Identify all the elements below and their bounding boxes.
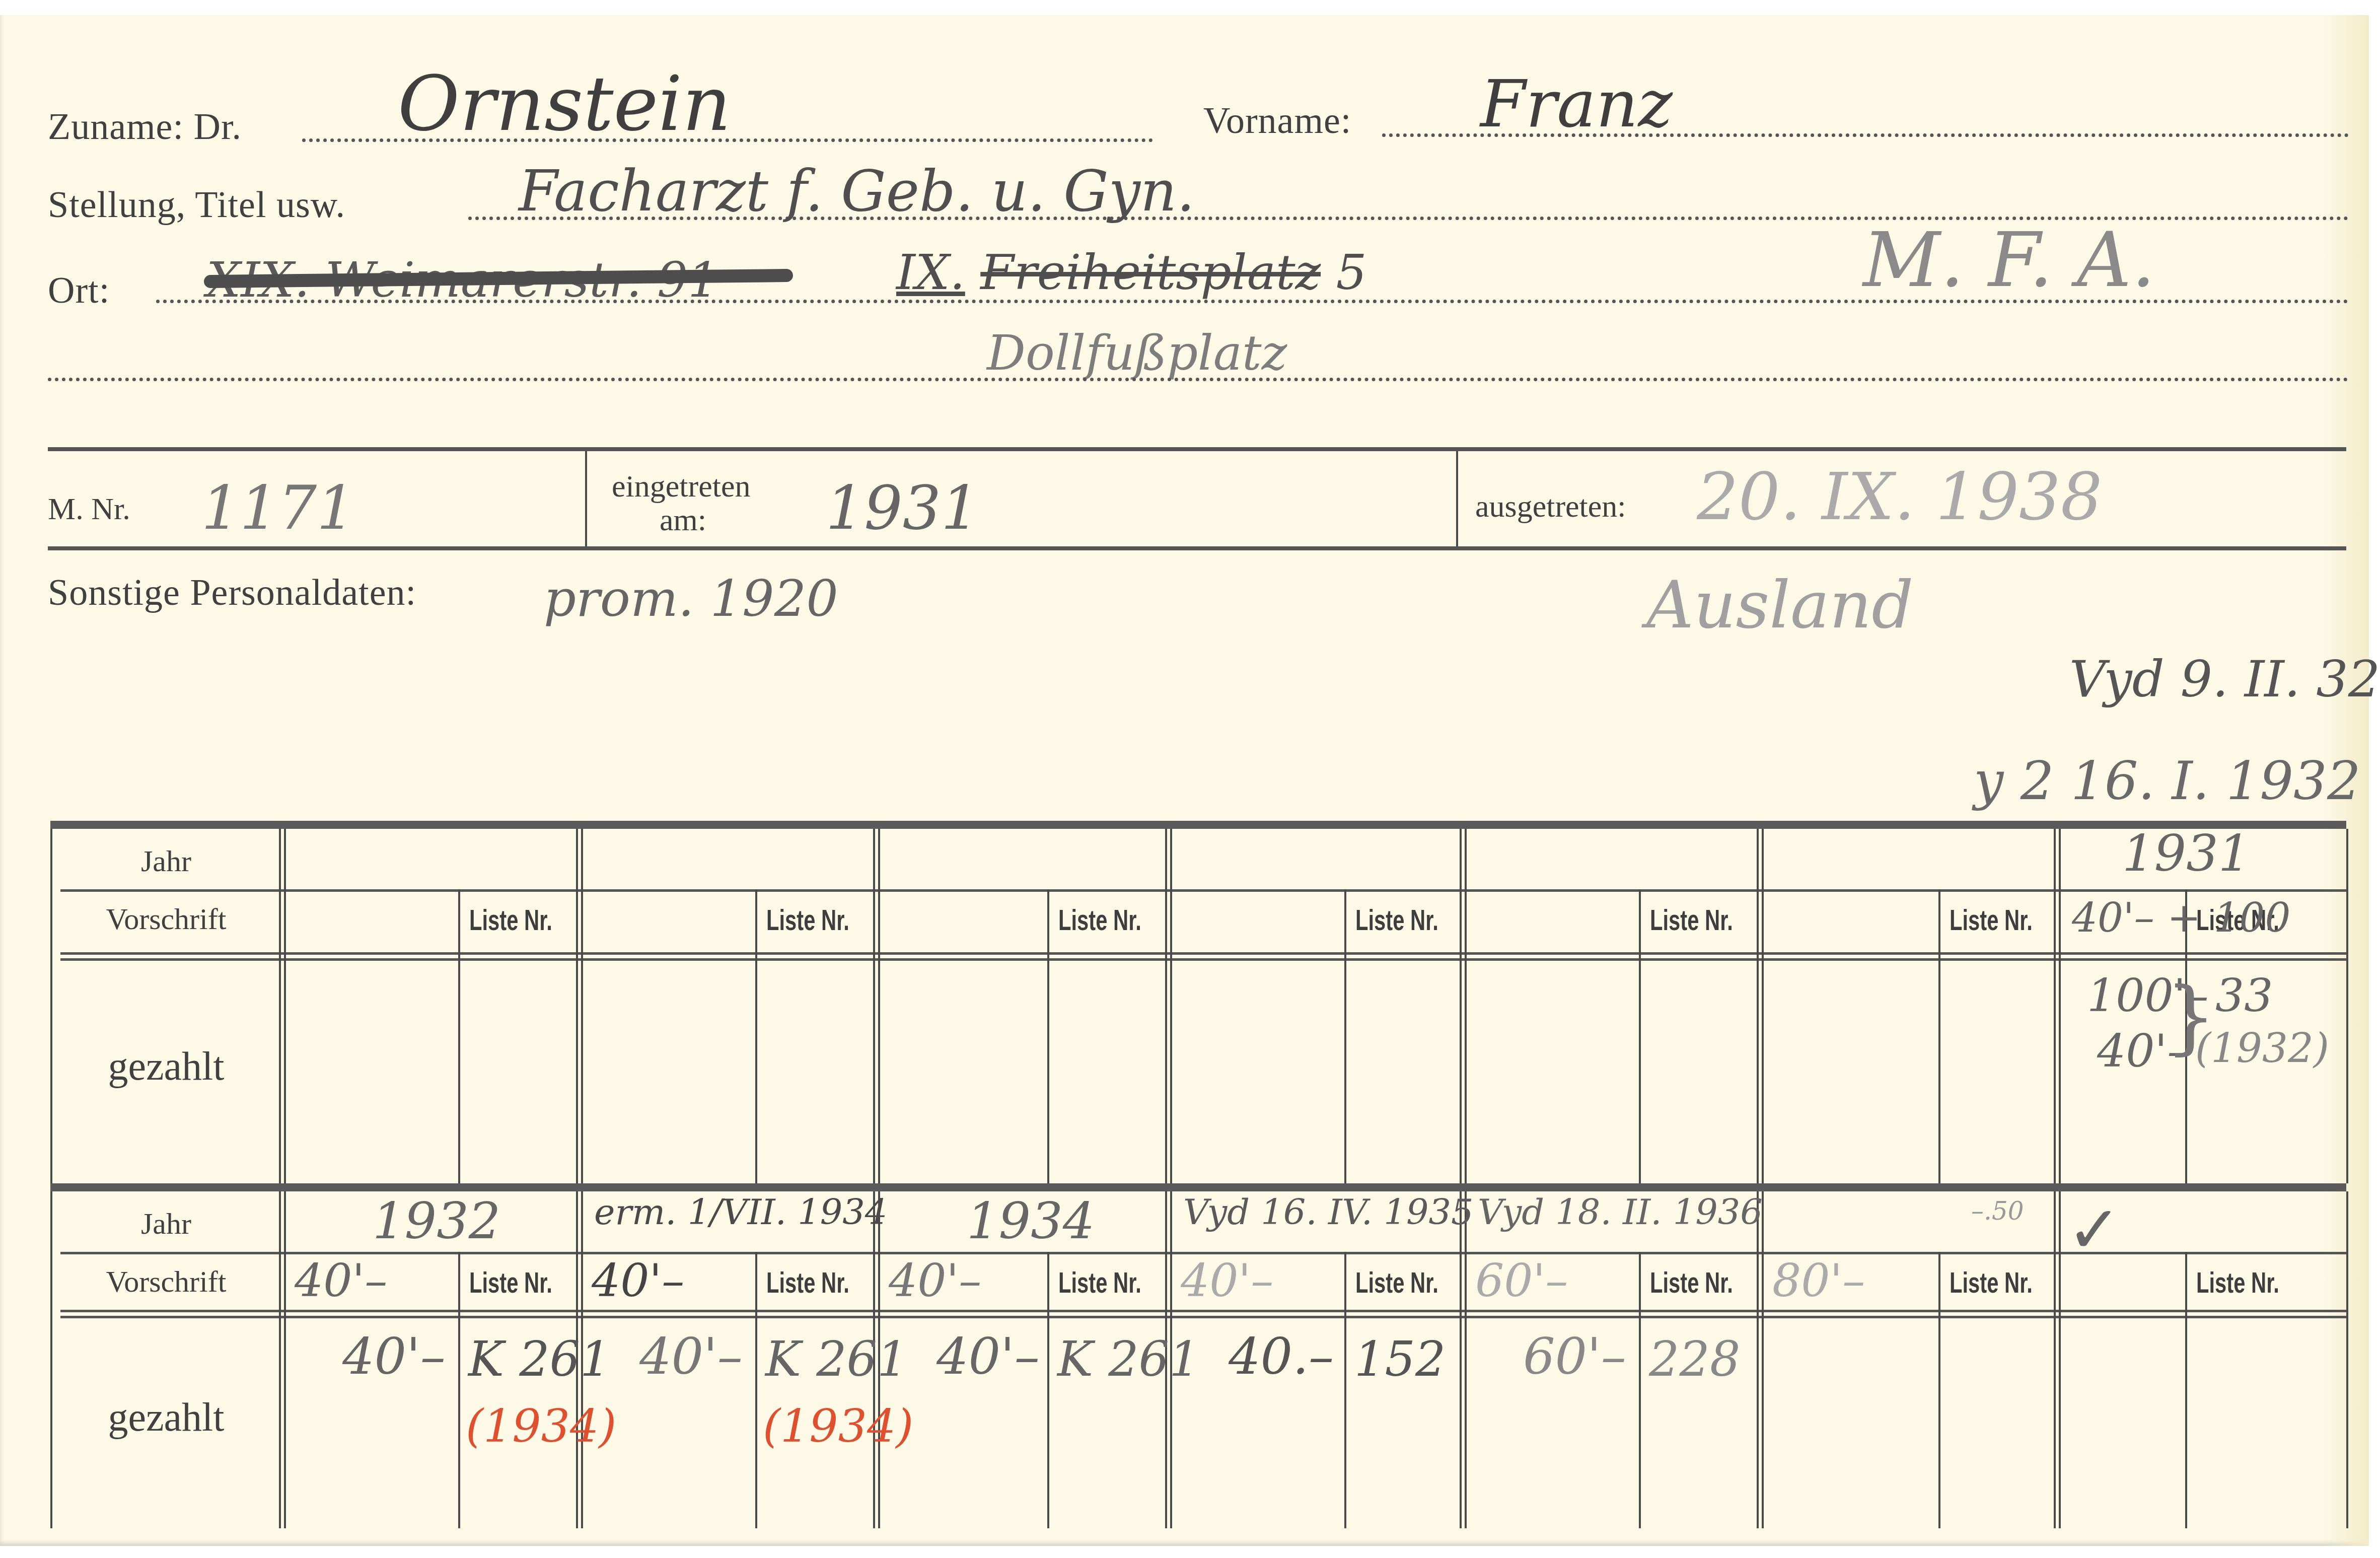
upper-block-rule-jahr bbox=[60, 889, 2346, 892]
row-label-jahr: Jahr bbox=[50, 844, 282, 879]
section-rule-bottom bbox=[48, 546, 2346, 550]
lower-vorschrift: 80'– bbox=[1772, 1254, 1865, 1307]
lower-gezahlt: 40'– bbox=[639, 1327, 743, 1386]
upper-jahr-1931: 1931 bbox=[2122, 824, 2251, 883]
lower-jahr: ✓ bbox=[2067, 1191, 2122, 1268]
lower-block-liste-divider bbox=[1938, 1252, 1940, 1528]
extra-dotted-line bbox=[48, 378, 2349, 381]
upper-block-liste-divider bbox=[458, 889, 460, 1183]
lower-vorschrift: 40'– bbox=[592, 1254, 684, 1307]
liste-nr-label: Liste Nr. bbox=[1058, 1266, 1141, 1300]
vorname-label: Vorname: bbox=[1203, 100, 1351, 143]
mnr-value: 1171 bbox=[201, 473, 355, 543]
lower-block-liste-divider bbox=[1639, 1252, 1641, 1528]
upper-block-col-line-b bbox=[2059, 829, 2061, 1183]
row-label-vorschrift: Vorschrift bbox=[50, 902, 282, 937]
ort-house-number: 5 bbox=[1336, 244, 1367, 301]
divider-mnr bbox=[585, 451, 587, 549]
lower-jahr: 1934 bbox=[967, 1191, 1095, 1250]
liste-nr-label: Liste Nr. bbox=[1355, 1266, 1438, 1300]
lower-block-rule-vorschrift-a bbox=[60, 1310, 2346, 1312]
table-mid-rule bbox=[50, 1183, 2346, 1191]
ort-street-struck: Freiheitsplatz bbox=[980, 244, 1321, 301]
lower-gezahlt: 40'– bbox=[342, 1327, 446, 1386]
lower-block-col-line-b bbox=[2059, 1191, 2061, 1528]
lower-jahr: –.50 bbox=[1971, 1196, 2024, 1226]
lower-block-col-line-a bbox=[279, 1191, 281, 1528]
ausgetreten-label: ausgetreten: bbox=[1475, 491, 1626, 522]
eingetreten-am-label: am: bbox=[660, 505, 706, 536]
upper-block-left-border bbox=[50, 829, 52, 1183]
upper-liste-33: 33 bbox=[2215, 969, 2273, 1022]
lower-block-liste-divider bbox=[1047, 1252, 1049, 1528]
lower-block-left-border bbox=[50, 1191, 52, 1528]
lower-liste-red-year: (1934) bbox=[466, 1400, 616, 1453]
lower-gezahlt: 40.– bbox=[1229, 1327, 1334, 1386]
upper-block-col-line-a bbox=[1165, 829, 1167, 1183]
lower-block-col-line-b bbox=[1465, 1191, 1467, 1528]
upper-block-col-line-a bbox=[1460, 829, 1462, 1183]
lower-gezahlt: 40'– bbox=[936, 1327, 1040, 1386]
lower-block-liste-divider bbox=[2185, 1252, 2187, 1528]
lower-block-liste-divider bbox=[1344, 1252, 1346, 1528]
liste-nr-label: Liste Nr. bbox=[766, 903, 849, 937]
annotation-mfa: M. F. A. bbox=[1863, 217, 2155, 304]
upper-block-col-line-a bbox=[1757, 829, 1759, 1183]
upper-block-col-line-b bbox=[581, 829, 583, 1183]
mnr-label: M. Nr. bbox=[48, 493, 130, 525]
zuname-value: Ornstein bbox=[398, 60, 731, 148]
sonstige-label: Sonstige Personaldaten: bbox=[48, 572, 416, 614]
row-label-jahr: Jahr bbox=[50, 1207, 282, 1241]
upper-vorschrift-1931: 40'– + 100 bbox=[2072, 894, 2290, 941]
eingetreten-value: 1931 bbox=[826, 473, 979, 543]
table-top-rule bbox=[50, 821, 2346, 829]
upper-block-col-line-b bbox=[1170, 829, 1172, 1183]
upper-block-liste-divider bbox=[1344, 889, 1346, 1183]
liste-nr-label: Liste Nr. bbox=[1650, 1266, 1733, 1300]
lower-liste: K 261 bbox=[1057, 1332, 1200, 1387]
liste-nr-label: Liste Nr. bbox=[1650, 903, 1733, 937]
upper-block-col-line-b bbox=[1762, 829, 1764, 1183]
upper-block-col-line-a bbox=[873, 829, 875, 1183]
liste-nr-label: Liste Nr. bbox=[1950, 1266, 2033, 1300]
ort-correction-value: Dollfußplatz bbox=[987, 325, 1287, 381]
sonstige-value: prom. 1920 bbox=[544, 569, 838, 628]
upper-block-col-line-a bbox=[279, 829, 281, 1183]
lower-vorschrift: 40'– bbox=[889, 1254, 981, 1307]
lower-block-liste-divider bbox=[755, 1252, 757, 1528]
vorname-value: Franz bbox=[1480, 65, 1673, 142]
upper-block-col-line-a bbox=[2054, 829, 2056, 1183]
divider-eingetreten bbox=[1456, 451, 1458, 549]
lower-vorschrift: 40'– bbox=[295, 1254, 387, 1307]
lower-block-col-line-b bbox=[1762, 1191, 1764, 1528]
upper-block-rule-vorschrift-a bbox=[60, 952, 2346, 955]
row-label-vorschrift: Vorschrift bbox=[50, 1264, 282, 1299]
lower-liste-red-year: (1934) bbox=[763, 1400, 913, 1453]
upper-block-col-line-a bbox=[576, 829, 578, 1183]
zuname-label: Zuname: Dr. bbox=[48, 106, 242, 149]
ort-label: Ort: bbox=[48, 269, 110, 312]
liste-nr-label: Liste Nr. bbox=[1950, 903, 2033, 937]
row-label-gezahlt: gezahlt bbox=[50, 1044, 282, 1090]
liste-nr-label: Liste Nr. bbox=[766, 1266, 849, 1300]
stellung-value: Facharzt f. Geb. u. Gyn. bbox=[519, 159, 1195, 224]
upper-block-liste-divider bbox=[1938, 889, 1940, 1183]
lower-liste: K 261 bbox=[765, 1332, 908, 1387]
upper-block-liste-divider bbox=[1639, 889, 1641, 1183]
ort-current-value: IX. Freiheitsplatz 5 bbox=[896, 244, 1367, 301]
lower-liste: 228 bbox=[1649, 1332, 1740, 1387]
note-1932: y 2 16. I. 1932 bbox=[1974, 750, 2361, 812]
lower-liste: K 261 bbox=[468, 1332, 611, 1387]
upper-block-liste-divider bbox=[1047, 889, 1049, 1183]
stellung-label: Stellung, Titel usw. bbox=[48, 184, 345, 227]
member-index-card: Zuname: Dr. Ornstein Vorname: Franz Stel… bbox=[0, 15, 2369, 1546]
liste-nr-label: Liste Nr. bbox=[469, 1266, 552, 1300]
lower-jahr: 1932 bbox=[373, 1191, 501, 1250]
lower-jahr: Vyd 16. IV. 1935 bbox=[1183, 1191, 1474, 1233]
lower-block-liste-divider bbox=[458, 1252, 460, 1528]
upper-block-liste-divider bbox=[755, 889, 757, 1183]
lower-block-right-border bbox=[2346, 1191, 2348, 1528]
lower-block-col-line-a bbox=[1460, 1191, 1462, 1528]
liste-nr-label: Liste Nr. bbox=[2196, 1266, 2279, 1300]
note-vyd-1932: Vyd 9. II. 32 bbox=[2069, 650, 2380, 709]
lower-jahr: erm. 1/VII. 1934 bbox=[594, 1191, 887, 1233]
section-rule-top bbox=[48, 447, 2346, 451]
liste-nr-label: Liste Nr. bbox=[1058, 903, 1141, 937]
lower-block-col-line-b bbox=[284, 1191, 286, 1528]
lower-liste: 152 bbox=[1354, 1332, 1446, 1387]
eingetreten-label: eingetreten bbox=[612, 471, 750, 502]
lower-jahr: Vyd 18. II. 1936 bbox=[1478, 1191, 1763, 1233]
liste-nr-label: Liste Nr. bbox=[469, 903, 552, 937]
lower-gezahlt: 60'– bbox=[1523, 1327, 1626, 1386]
upper-liste-1932: (1932) bbox=[2195, 1025, 2329, 1072]
upper-block-rule-vorschrift-b bbox=[60, 958, 2346, 961]
upper-block-col-line-b bbox=[1465, 829, 1467, 1183]
ausgetreten-value: 20. IX. 1938 bbox=[1697, 458, 2102, 535]
ort-district: IX. bbox=[896, 244, 965, 301]
ausland-note: Ausland bbox=[1646, 566, 1913, 643]
lower-vorschrift: 60'– bbox=[1475, 1254, 1568, 1307]
lower-block-col-line-a bbox=[2054, 1191, 2056, 1528]
upper-block-right-border bbox=[2346, 829, 2348, 1183]
row-label-gezahlt: gezahlt bbox=[50, 1395, 282, 1441]
lower-block-col-line-a bbox=[1757, 1191, 1759, 1528]
lower-block-rule-vorschrift-b bbox=[60, 1316, 2346, 1318]
upper-block-col-line-b bbox=[284, 829, 286, 1183]
liste-nr-label: Liste Nr. bbox=[1355, 903, 1438, 937]
upper-block-col-line-b bbox=[878, 829, 880, 1183]
lower-vorschrift: 40'– bbox=[1181, 1254, 1273, 1307]
